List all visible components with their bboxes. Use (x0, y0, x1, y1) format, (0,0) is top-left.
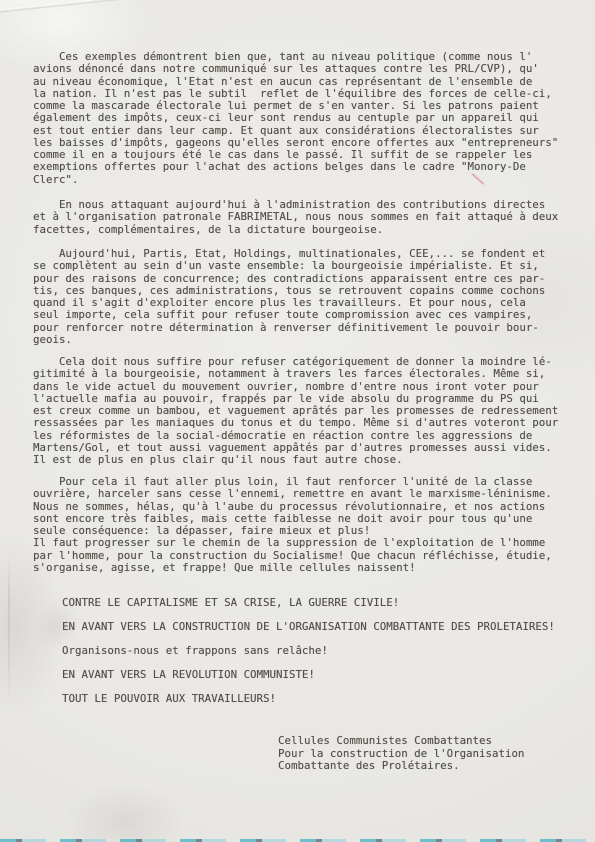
signature-block: Cellules Communistes Combattantes Pour l… (278, 735, 524, 773)
slogan-line-3: Organisons-nous et frappons sans relâche… (62, 645, 328, 657)
slogan-line-5: TOUT LE POUVOIR AUX TRAVAILLEURS! (62, 693, 276, 705)
paragraph-3: Aujourd'hui, Partis, Etat, Holdings, mul… (33, 248, 545, 346)
scanned-page: Ces exemples démontrent bien que, tant a… (0, 0, 595, 842)
paragraph-5: Pour cela il faut aller plus loin, il fa… (33, 476, 552, 574)
slogan-line-4: EN AVANT VERS LA REVOLUTION COMMUNISTE! (62, 669, 315, 681)
slogan-line-2: EN AVANT VERS LA CONSTRUCTION DE L'ORGAN… (62, 621, 555, 633)
paragraph-4: Cela doit nous suffire pour refuser caté… (33, 356, 558, 466)
paragraph-1: Ces exemples démontrent bien que, tant a… (33, 51, 558, 186)
paper-crease-left (8, 555, 10, 705)
paragraph-2: En nous attaquant aujourd'hui à l'admini… (33, 199, 558, 236)
slogan-line-1: CONTRE LE CAPITALISME ET SA CRISE, LA GU… (62, 597, 399, 609)
